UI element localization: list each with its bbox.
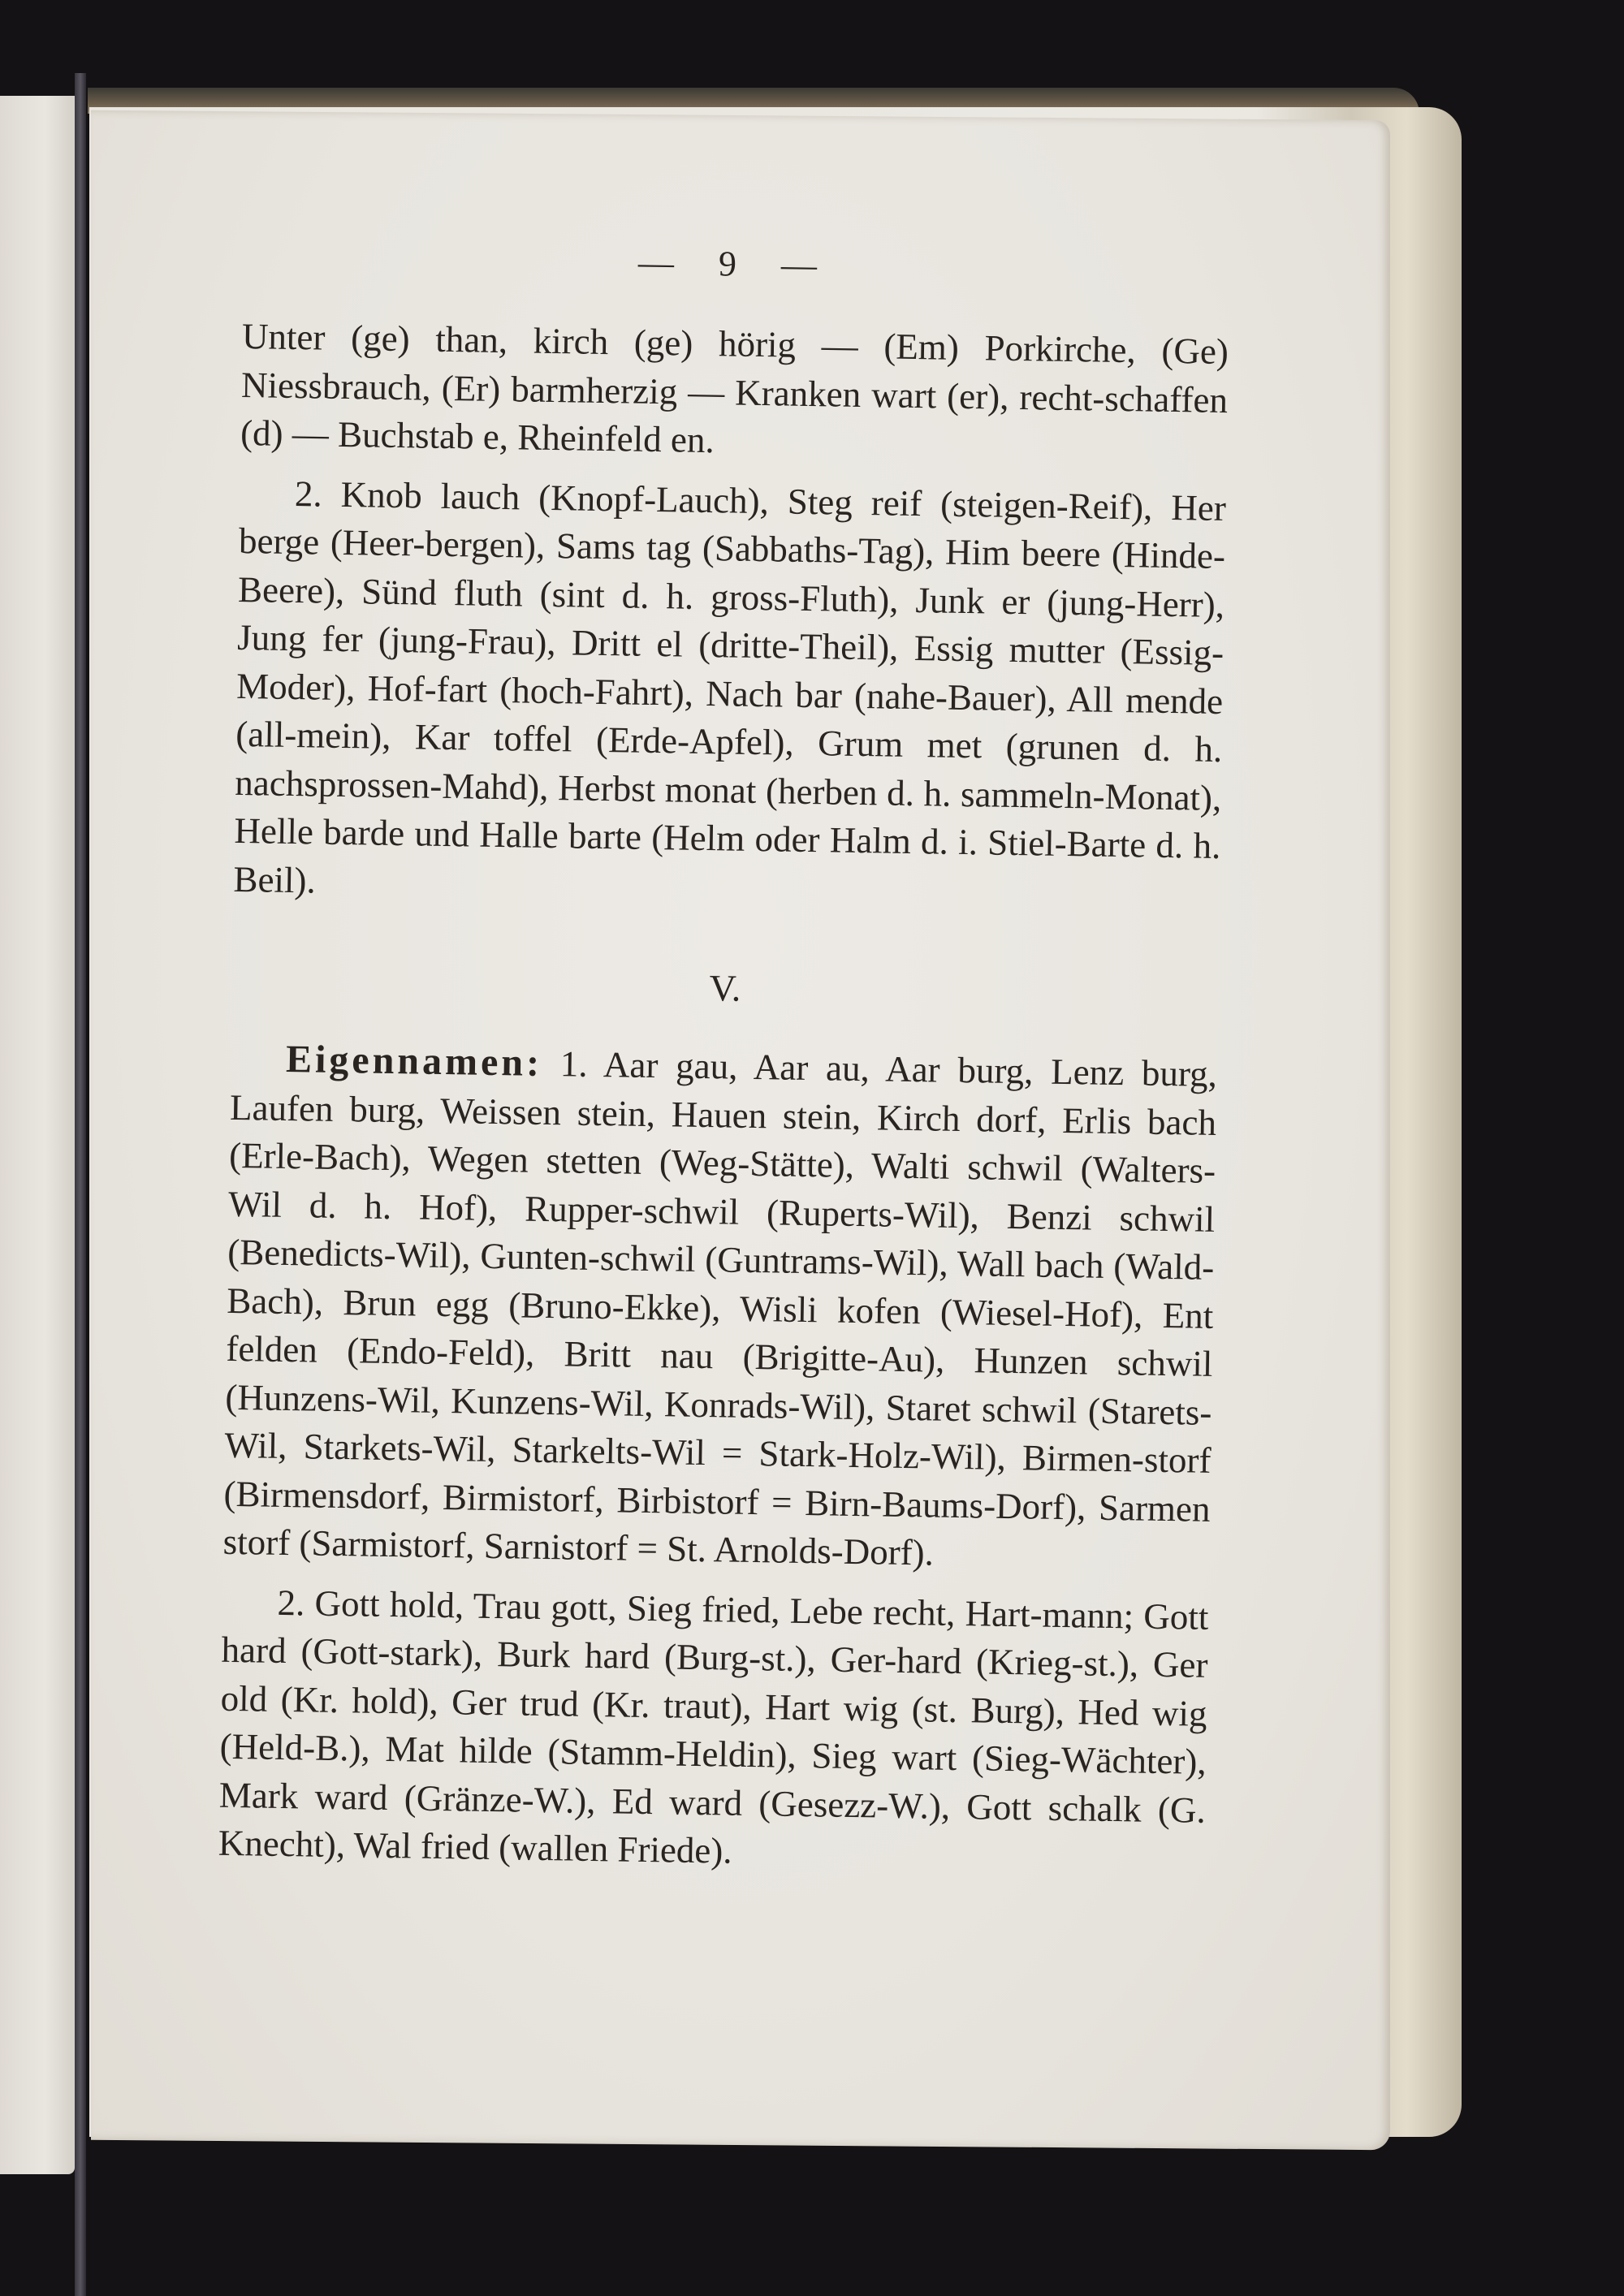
section-paragraph-2: 2. Gott hold, Trau gott, Sieg fried, Leb…	[218, 1577, 1208, 1883]
paragraph-item-2: 2. Knob lauch (Knopf-Lauch), Steg reif (…	[233, 468, 1226, 919]
section-heading: Eigennamen:	[286, 1038, 543, 1085]
section-paragraph-1: Eigennamen: 1. Aar gau, Aar au, Aar burg…	[222, 1034, 1217, 1582]
section-paragraph-1-text: 1. Aar gau, Aar au, Aar burg, Lenz burg,…	[222, 1043, 1217, 1573]
section-number: V.	[231, 959, 1219, 1017]
page-text-block: — 9 — Unter (ge) than, kirch (ge) hörig …	[218, 235, 1229, 1883]
facing-page-edge	[0, 96, 75, 2174]
paragraph-continuation: Unter (ge) than, kirch (ge) hörig — (Em)…	[240, 313, 1229, 473]
book-gutter	[75, 73, 86, 2296]
